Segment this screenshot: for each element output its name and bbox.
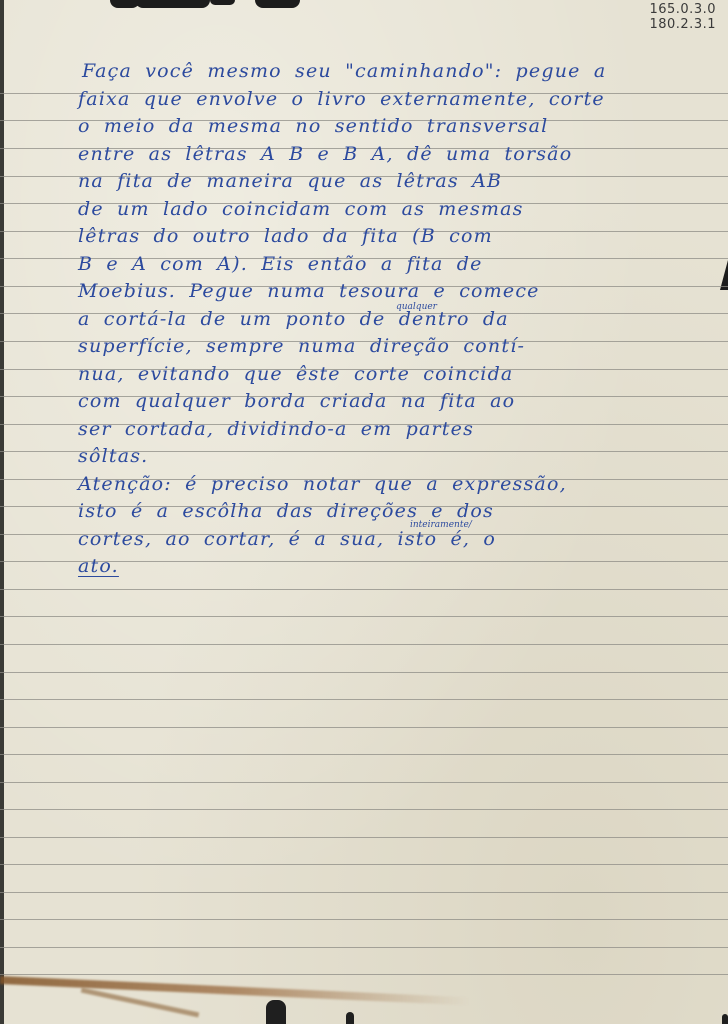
text-line: na fita de maneira que as lêtras AB: [78, 168, 722, 196]
archive-code-line: 180.2.3.1: [649, 17, 716, 32]
text-line-with-insertion: cortes, ao cortar, é a sua, isto é, o in…: [78, 526, 722, 554]
text-line: entre as lêtras A B e B A, dê uma torsão: [78, 141, 722, 169]
text-line: isto é a escôlha das direções e dos: [78, 498, 722, 526]
text-line: ato.: [78, 553, 722, 581]
archive-code-line: 165.0.3.0: [649, 2, 716, 17]
page-edge: [0, 0, 4, 1024]
water-stain: [0, 976, 470, 1005]
text-line-with-insertion: a cortá-la de um ponto de dentro da qual…: [78, 306, 722, 334]
edge-blot: [210, 0, 235, 5]
underlined-word: ato.: [78, 555, 119, 577]
archive-code: 165.0.3.0 180.2.3.1: [649, 2, 716, 32]
edge-blot: [135, 0, 210, 8]
edge-blot: [266, 1000, 286, 1024]
text-line: sôltas.: [78, 443, 722, 471]
scanned-page: 165.0.3.0 180.2.3.1 Faça você mesmo seu …: [0, 0, 728, 1024]
text-line: de um lado coincidam com as mesmas: [78, 196, 722, 224]
text-line: cortes, ao cortar, é a sua, isto é, o: [78, 528, 496, 550]
edge-blot: [255, 0, 300, 8]
text-line: Atenção: é preciso notar que a expressão…: [78, 471, 722, 499]
text-line: o meio da mesma no sentido transversal: [78, 113, 722, 141]
text-line: B e A com A). Eis então a fita de: [78, 251, 722, 279]
edge-blot: [722, 1014, 728, 1024]
handwritten-text: Faça você mesmo seu "caminhando": pegue …: [82, 58, 722, 581]
text-line: a cortá-la de um ponto de dentro da: [78, 308, 509, 330]
text-line: ser cortada, dividindo-a em partes: [78, 416, 722, 444]
text-line: lêtras do outro lado da fita (B com: [78, 223, 722, 251]
text-line: com qualquer borda criada na fita ao: [78, 388, 722, 416]
text-line: superfície, sempre numa direção contí-: [78, 333, 722, 361]
insertion-note: inteiramente/: [410, 520, 472, 530]
text-line: faixa que envolve o livro externamente, …: [78, 86, 722, 114]
text-line: nua, evitando que êste corte coincida: [78, 361, 722, 389]
edge-blot: [346, 1012, 354, 1024]
insertion-note: qualquer: [396, 302, 437, 312]
text-line: Faça você mesmo seu "caminhando": pegue …: [82, 58, 722, 86]
